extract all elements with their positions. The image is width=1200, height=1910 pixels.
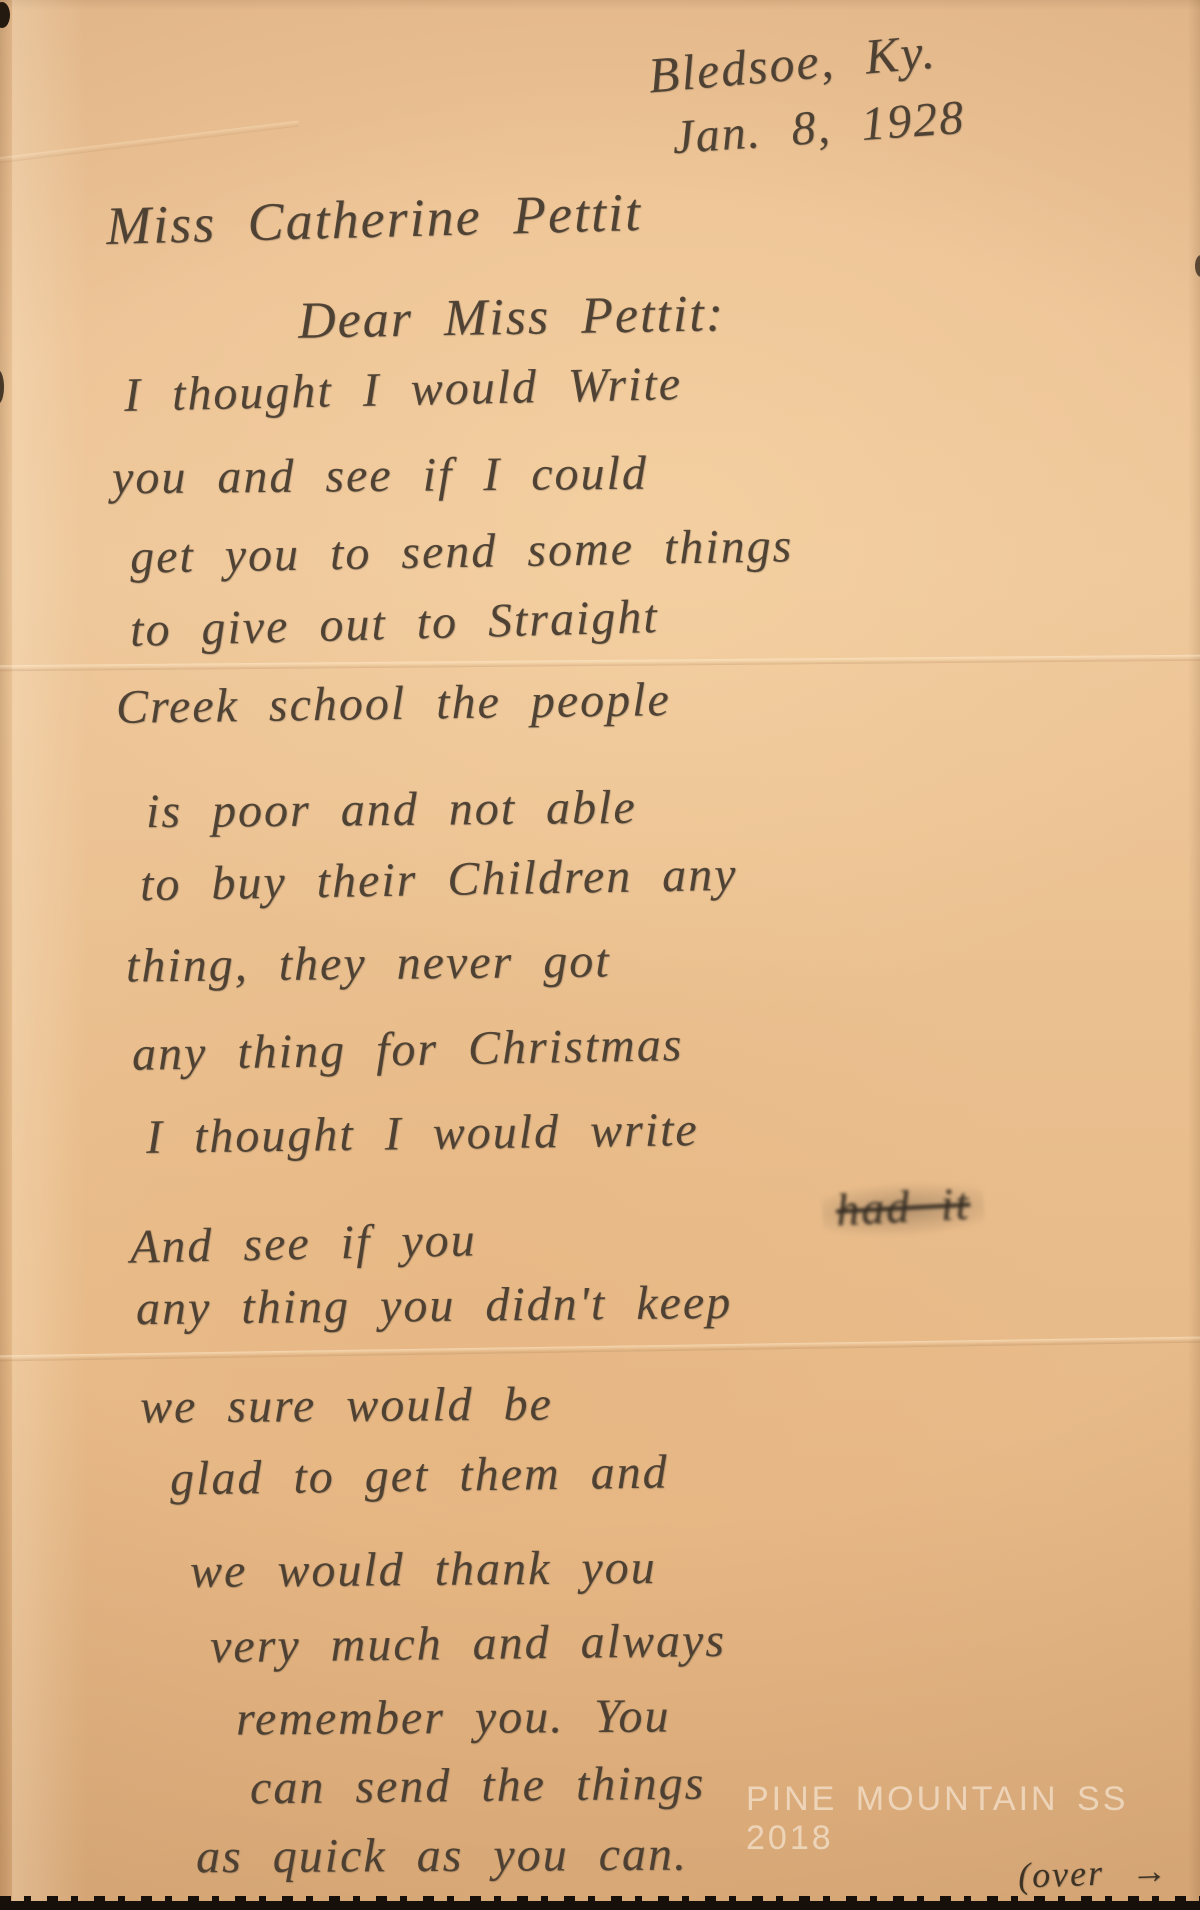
body-line: thing, they never got <box>126 933 611 993</box>
paper-edge-nick <box>1195 255 1200 277</box>
paper-fold-crease-lower <box>0 1337 1200 1362</box>
body-line: glad to get them and <box>170 1445 669 1507</box>
over-page-note: (over → <box>1017 1849 1169 1896</box>
body-line: you and see if I could <box>112 446 648 506</box>
body-line: can send the things <box>250 1756 706 1816</box>
body-line: is poor and not able <box>146 780 637 839</box>
salutation-line: Dear Miss Pettit: <box>298 284 726 350</box>
heading-date: Jan. 8, 1928 <box>670 90 966 165</box>
letter-page: Bledsoe, Ky. Jan. 8, 1928 Miss Catherine… <box>0 0 1200 1910</box>
smudged-word: had it <box>821 1172 986 1241</box>
heading-place: Bledsoe, Ky. <box>646 22 939 105</box>
body-line: we would thank you <box>190 1540 657 1599</box>
paper-edge-nick <box>0 2 10 28</box>
body-line: get you to send some things <box>130 518 794 585</box>
paper-edge-highlight <box>12 0 87 1910</box>
body-line: to give out to Straight <box>129 589 659 658</box>
body-line: remember you. You <box>236 1688 671 1746</box>
body-line: any thing you didn't keep <box>136 1275 733 1336</box>
paper-edge-nick <box>0 370 4 404</box>
body-line: I thought I would write <box>146 1102 699 1165</box>
recipient-line: Miss Catherine Pettit <box>105 181 642 257</box>
body-line: to buy their Children any <box>140 847 738 912</box>
paper-crease-diagonal <box>0 121 299 166</box>
torn-bottom-edge <box>0 1901 1200 1910</box>
body-line: as quick as you can. <box>196 1827 688 1885</box>
body-line: And see if you <box>129 1212 477 1274</box>
body-line: very much and always <box>210 1613 727 1674</box>
archive-watermark: PINE MOUNTAIN SS 2018 <box>746 1780 1200 1858</box>
body-line: Creek school the people <box>116 672 671 735</box>
body-line: any thing for Christmas <box>132 1017 684 1082</box>
body-line: I thought I would Write <box>123 356 682 423</box>
paper-fold-crease-upper <box>0 655 1200 671</box>
body-line: we sure would be <box>140 1377 553 1435</box>
